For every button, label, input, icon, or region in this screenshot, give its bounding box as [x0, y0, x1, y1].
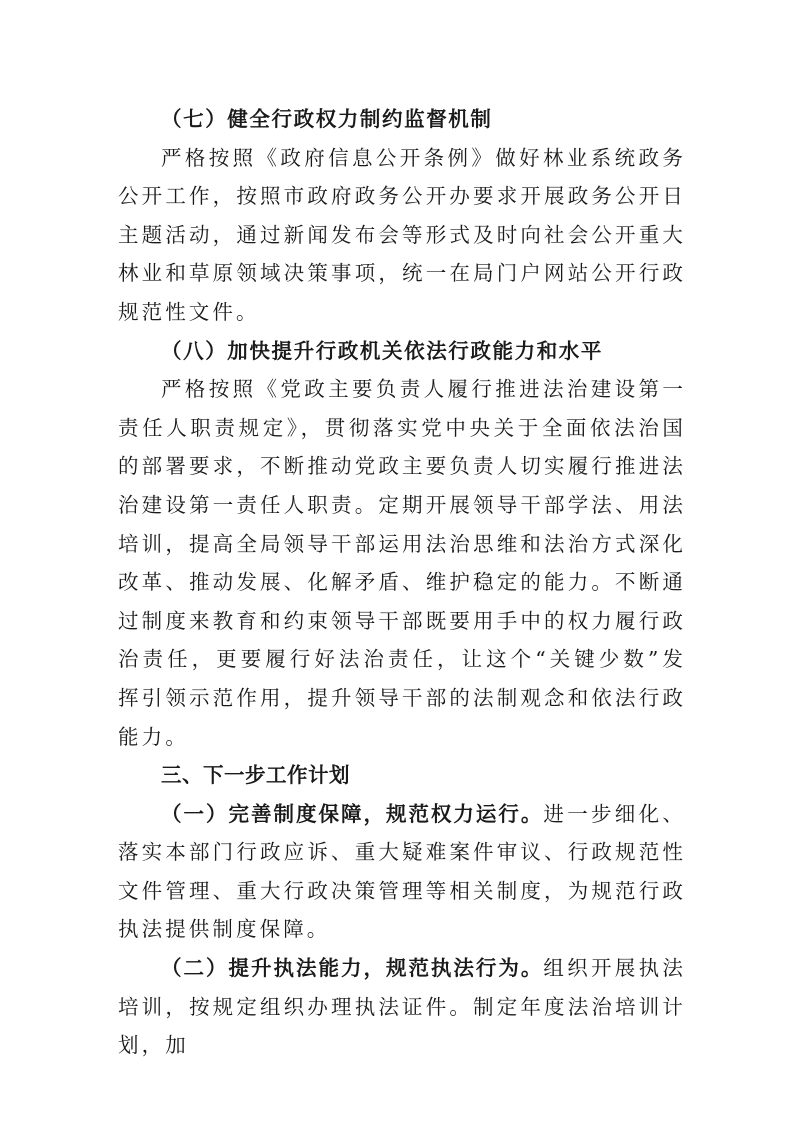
subheading-7: （七）健全行政权力制约监督机制 [118, 100, 686, 139]
document-page: （七）健全行政权力制约监督机制 严格按照《政府信息公开条例》做好林业系统政务公开… [0, 0, 793, 1122]
section-heading-next-steps: 三、下一步工作计划 [118, 756, 686, 795]
paragraph-plan-1: （一）完善制度保障，规范权力运行。进一步细化、落实本部门行政应诉、重大疑难案件审… [118, 795, 686, 949]
subheading-8: （八）加快提升行政机关依法行政能力和水平 [118, 332, 686, 371]
paragraph-leadership-rule-of-law: 严格按照《党政主要负责人履行推进法治建设第一责任人职责规定》，贯彻落实党中央关于… [118, 370, 686, 756]
plan-1-lead: （一）完善制度保障，规范权力运行。 [161, 802, 543, 826]
paragraph-plan-2: （二）提升执法能力，规范执法行为。组织开展执法培训，按规定组织办理执法证件。制定… [118, 949, 686, 1065]
plan-2-lead: （二）提升执法能力，规范执法行为。 [161, 956, 543, 980]
paragraph-government-information-disclosure: 严格按照《政府信息公开条例》做好林业系统政务公开工作，按照市政府政务公开办要求开… [118, 139, 686, 332]
document-body: （七）健全行政权力制约监督机制 严格按照《政府信息公开条例》做好林业系统政务公开… [118, 100, 686, 1065]
